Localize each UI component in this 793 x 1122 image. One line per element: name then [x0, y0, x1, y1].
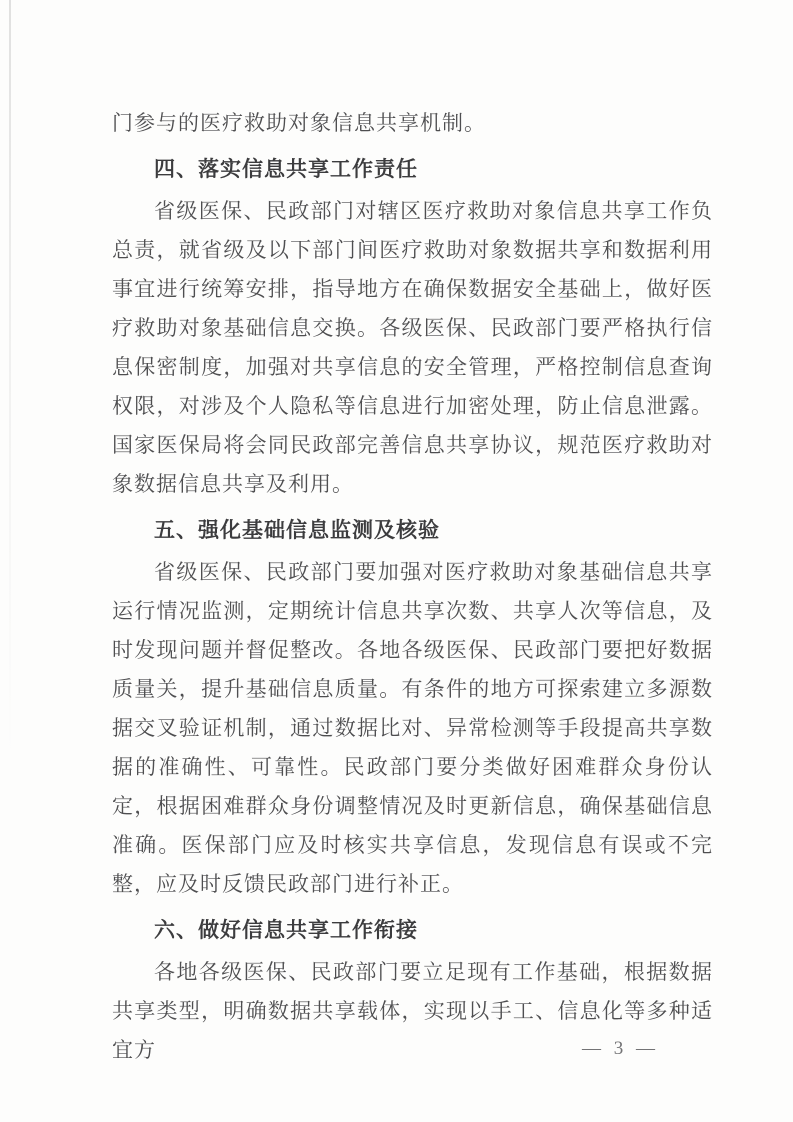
- paragraph-section-4: 省级医保、民政部门对辖区医疗救助对象信息共享工作负总责，就省级及以下部门间医疗救…: [112, 192, 713, 504]
- paragraph-continuation: 门参与的医疗救助对象信息共享机制。: [112, 104, 713, 143]
- section-heading-6: 六、做好信息共享工作衔接: [112, 911, 713, 950]
- section-heading-4: 四、落实信息共享工作责任: [112, 150, 713, 189]
- scan-artifact-line: [9, 0, 11, 760]
- paragraph-section-5: 省级医保、民政部门要加强对医疗救助对象基础信息共享运行情况监测，定期统计信息共享…: [112, 553, 713, 904]
- page-content: 门参与的医疗救助对象信息共享机制。 四、落实信息共享工作责任 省级医保、民政部门…: [112, 104, 713, 1070]
- section-heading-5: 五、强化基础信息监测及核验: [112, 511, 713, 550]
- document-page: 门参与的医疗救助对象信息共享机制。 四、落实信息共享工作责任 省级医保、民政部门…: [0, 0, 793, 1122]
- page-number: — 3 —: [582, 1036, 659, 1062]
